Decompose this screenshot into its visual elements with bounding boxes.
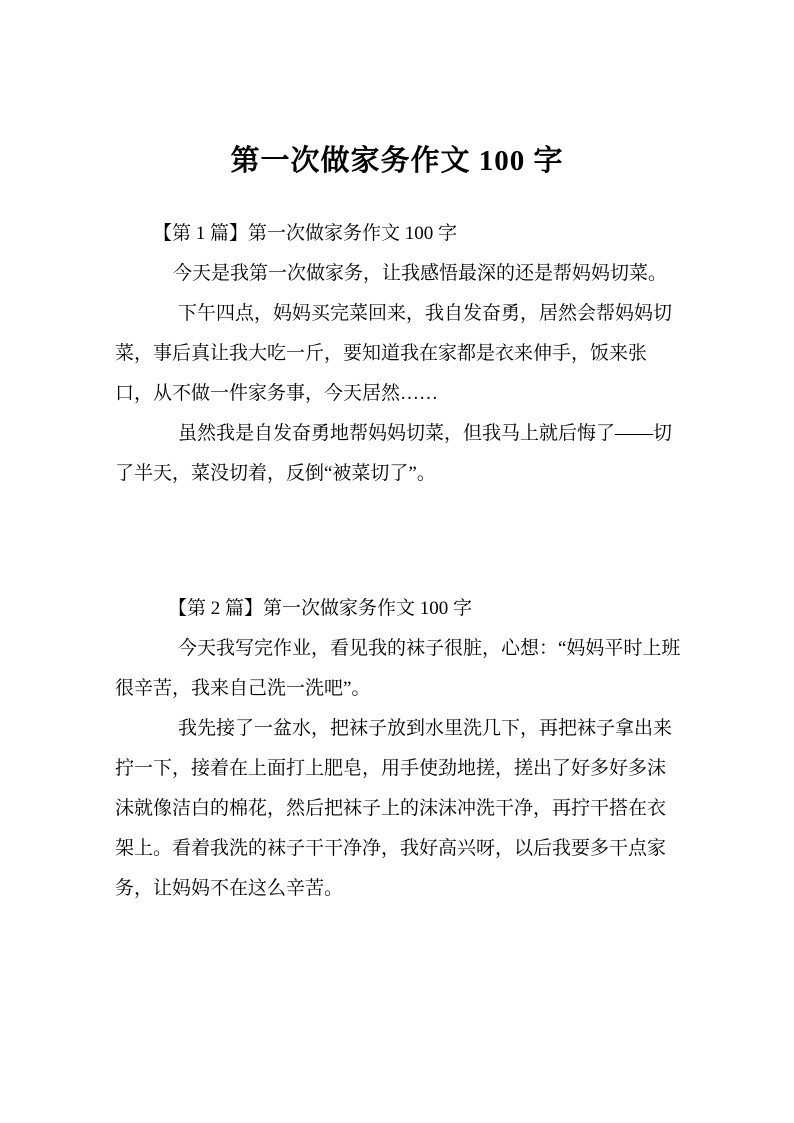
- text-line: 了半天，菜没切着，反倒“被菜切了”。: [115, 454, 677, 494]
- essay-section: 【第 1 篇】第一次做家务作文 100 字今天是我第一次做家务，让我感悟最深的还…: [115, 214, 677, 494]
- text-line: 很辛苦，我来自己洗一洗吧”。: [115, 669, 677, 709]
- text-line: 架上。看着我洗的袜子干干净净，我好高兴呀，以后我要多干点家: [115, 829, 677, 869]
- essay-section: 【第 2 篇】第一次做家务作文 100 字今天我写完作业，看见我的袜子很脏，心想…: [115, 589, 677, 909]
- document-title: 第一次做家务作文 100 字: [0, 0, 794, 181]
- essay-paragraph: 下午四点，妈妈买完菜回来，我自发奋勇，居然会帮妈妈切菜，事后真让我大吃一斤，要知…: [115, 294, 677, 414]
- document-body: 【第 1 篇】第一次做家务作文 100 字今天是我第一次做家务，让我感悟最深的还…: [0, 214, 677, 909]
- text-line: 虽然我是自发奋勇地帮妈妈切菜，但我马上就后悔了——切: [115, 414, 677, 454]
- text-line: 今天是我第一次做家务，让我感悟最深的还是帮妈妈切菜。: [115, 254, 677, 294]
- text-line: 下午四点，妈妈买完菜回来，我自发奋勇，居然会帮妈妈切: [115, 294, 677, 334]
- text-line: 拧一下，接着在上面打上肥皂，用手使劲地搓，搓出了好多好多沫: [115, 749, 677, 789]
- essay-paragraph: 虽然我是自发奋勇地帮妈妈切菜，但我马上就后悔了——切了半天，菜没切着，反倒“被菜…: [115, 414, 677, 494]
- essay-paragraph: 今天我写完作业，看见我的袜子很脏，心想：“妈妈平时上班很辛苦，我来自己洗一洗吧”…: [115, 629, 677, 709]
- essay-paragraph: 我先接了一盆水，把袜子放到水里洗几下，再把袜子拿出来拧一下，接着在上面打上肥皂，…: [115, 709, 677, 909]
- text-line: 沫就像洁白的棉花，然后把袜子上的沫沫冲洗干净，再拧干搭在衣: [115, 789, 677, 829]
- text-line: 今天我写完作业，看见我的袜子很脏，心想：“妈妈平时上班: [115, 629, 677, 669]
- text-line: 菜，事后真让我大吃一斤，要知道我在家都是衣来伸手，饭来张: [115, 334, 677, 374]
- section-heading: 【第 2 篇】第一次做家务作文 100 字: [115, 589, 677, 629]
- document-page: 第一次做家务作文 100 字 【第 1 篇】第一次做家务作文 100 字今天是我…: [0, 0, 794, 1123]
- essay-paragraph: 今天是我第一次做家务，让我感悟最深的还是帮妈妈切菜。: [115, 254, 677, 294]
- text-line: 我先接了一盆水，把袜子放到水里洗几下，再把袜子拿出来: [115, 709, 677, 749]
- text-line: 口，从不做一件家务事，今天居然……: [115, 374, 677, 414]
- section-heading: 【第 1 篇】第一次做家务作文 100 字: [115, 214, 677, 254]
- text-line: 务，让妈妈不在这么辛苦。: [115, 869, 677, 909]
